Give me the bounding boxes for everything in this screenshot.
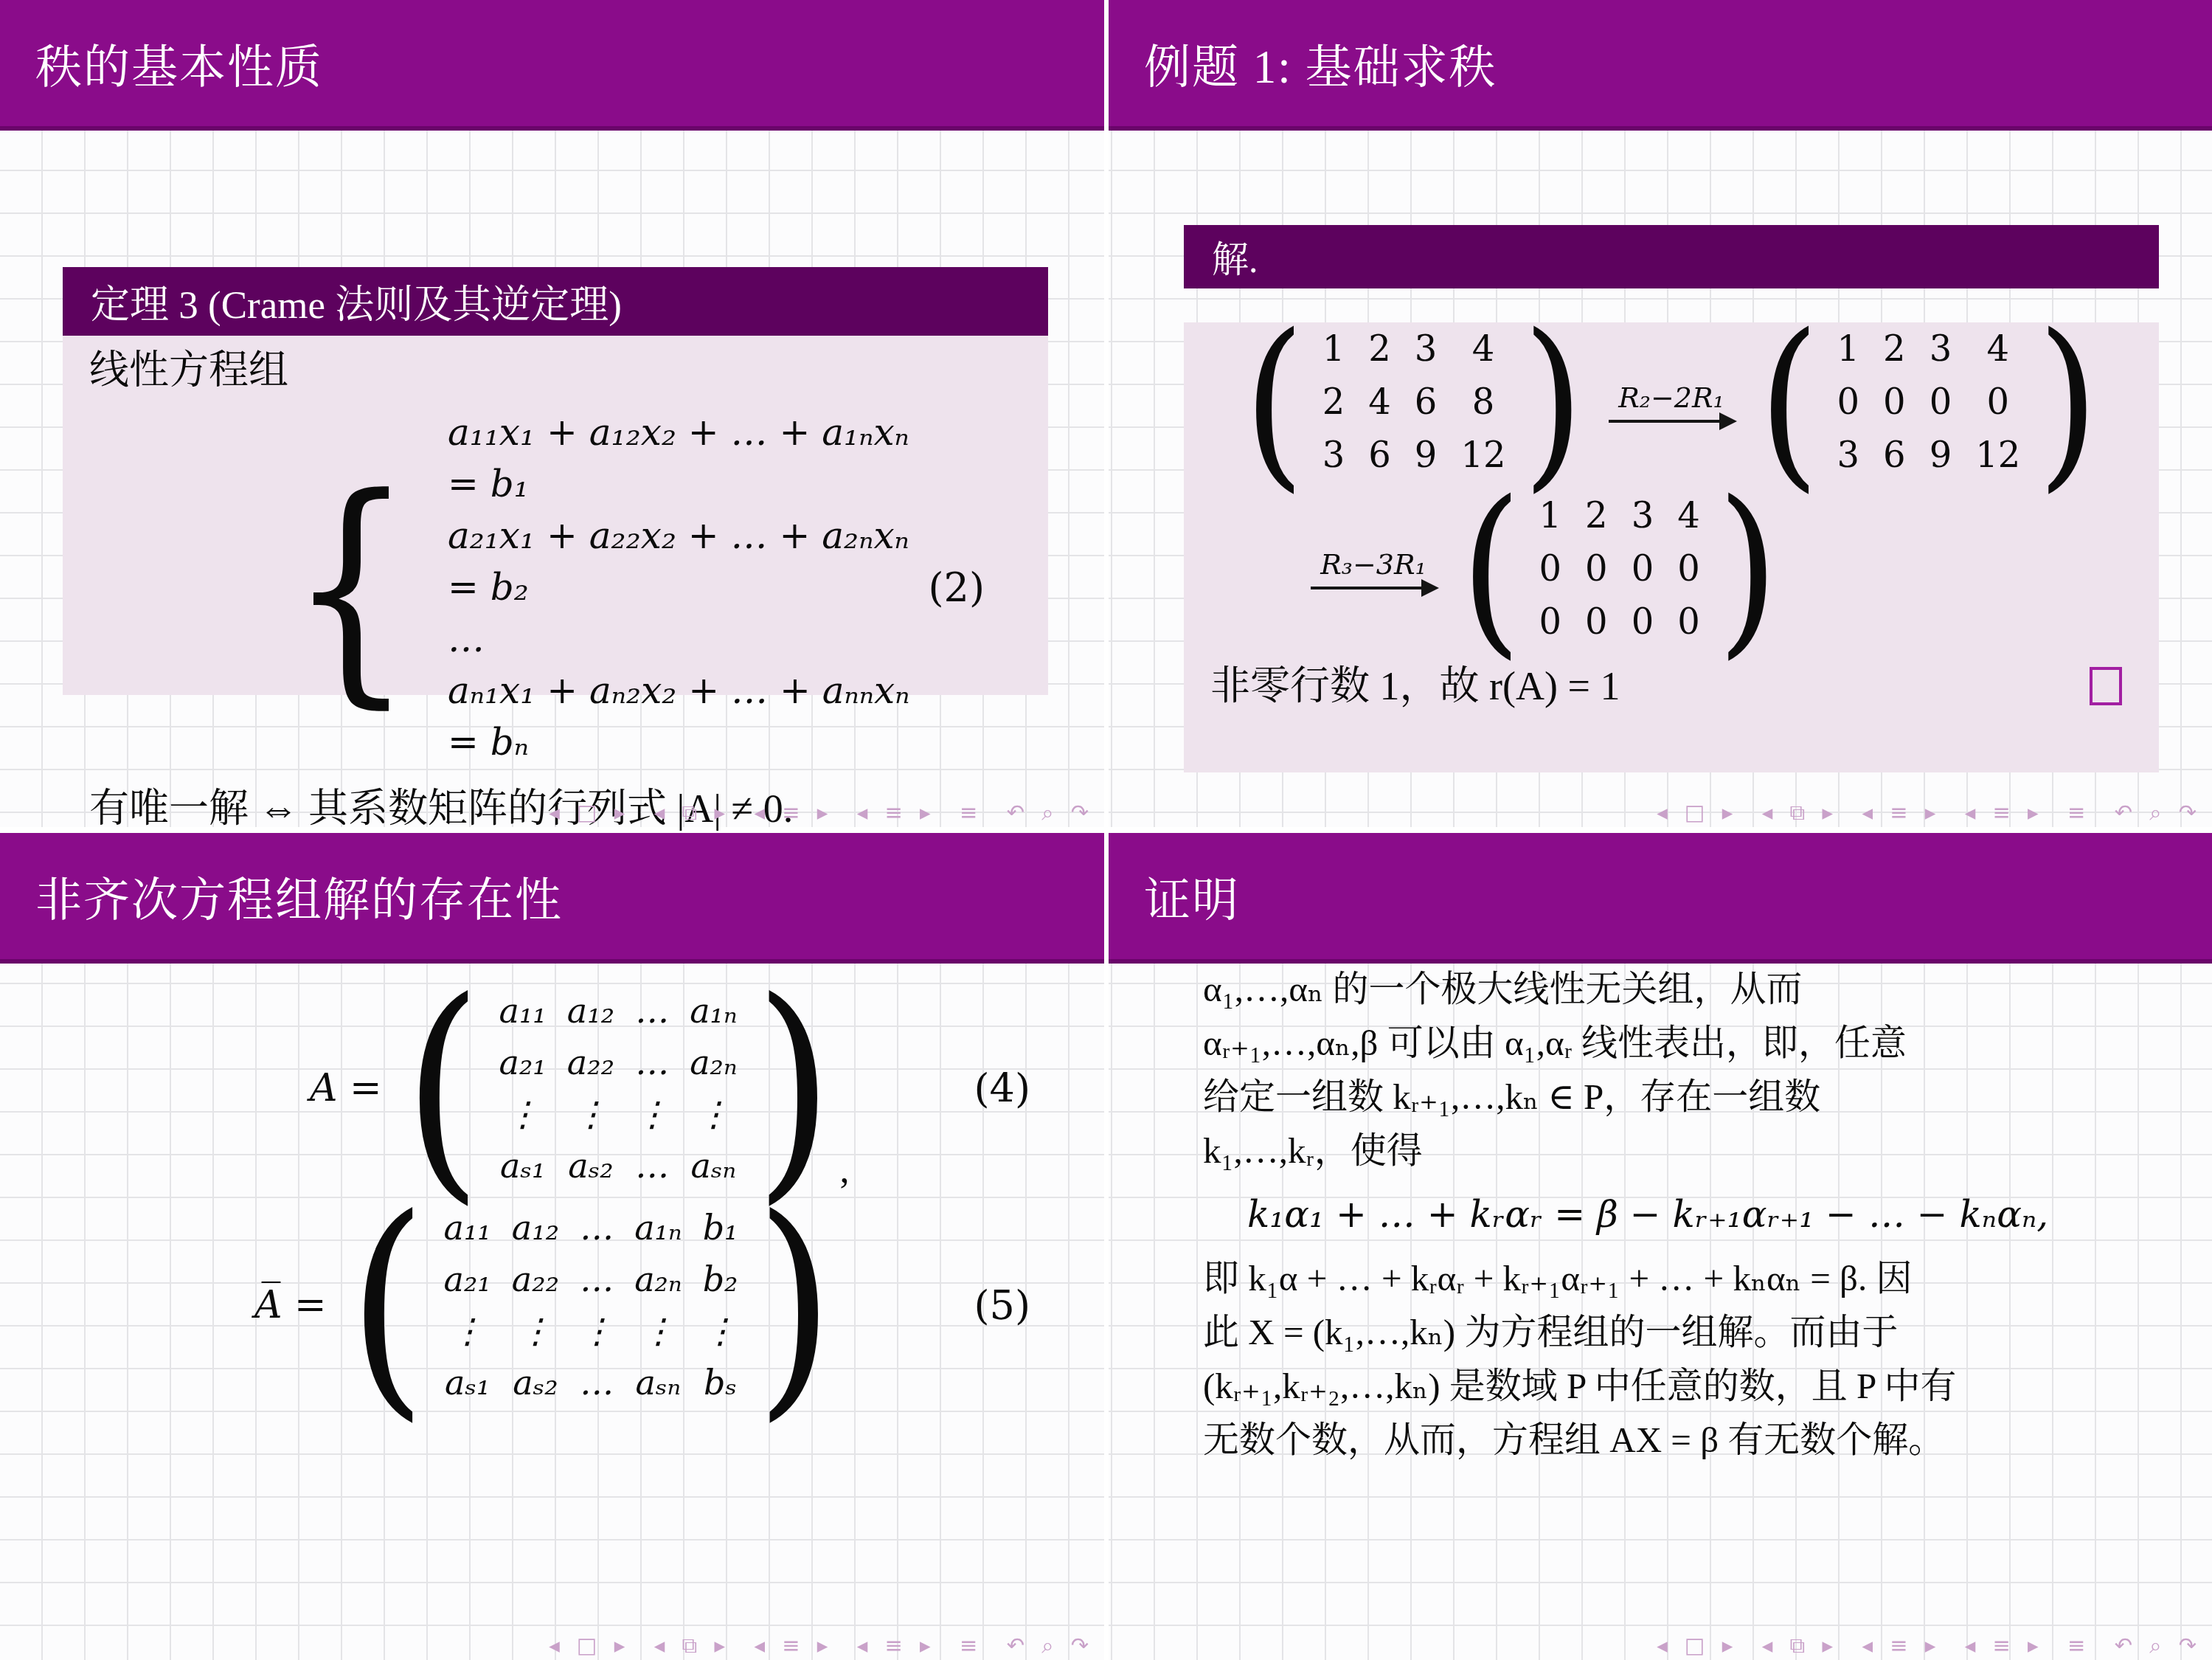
matrix-cell: 2 (1311, 376, 1357, 429)
equation-number: (4) (974, 1065, 1031, 1112)
theorem-block: 定理 3 (Crame 法则及其逆定理) 线性方程组 { a₁₁x₁ + a₁₂… (63, 267, 1048, 695)
matrix-cell: 0 (1826, 376, 1872, 429)
matrix-cell: 0 (1573, 595, 1620, 649)
matrix-cell: ⋮ (679, 1088, 748, 1140)
matrix-cell: a₁₂ (557, 985, 625, 1037)
matrix-cell: … (625, 1037, 679, 1088)
theorem-title: 定理 3 (Crame 法则及其逆定理) (91, 274, 622, 330)
proof-line: αᵣ₊₁,…,αₙ,β 可以由 α₁,αᵣ 线性表出，即，任意 (1203, 1016, 2185, 1070)
matrix-cell: 4 (1963, 322, 2032, 376)
matrix-cell: a₂ₙ (679, 1037, 748, 1088)
row-operation-arrow: R₂−2R₁ (1609, 381, 1734, 423)
matrix-cell: ⋮ (625, 1088, 679, 1140)
matrix-cell: a₂₂ (557, 1037, 625, 1088)
proof-line: 无数个数，从而，方程组 AX = β 有无数个解。 (1203, 1413, 2185, 1467)
right-paren: ) (1717, 489, 1778, 649)
matrix-cell: 3 (1826, 429, 1872, 482)
right-paren: ) (2038, 322, 2099, 482)
matrix-cell: ⋮ (624, 1305, 693, 1357)
matrix-cell: a₂ₙ (624, 1253, 693, 1305)
right-paren: ) (755, 1202, 833, 1408)
matrix-cell: b₂ (693, 1253, 749, 1305)
matrix-cell: 4 (1449, 322, 1517, 376)
matrix-after-step1: 1234000036912 (1826, 322, 2033, 482)
row-reduction-step-2: R₃−3R₁ ( 123400000000 ) (1292, 489, 2132, 649)
matrix-cell: a₂₂ (502, 1253, 569, 1305)
proof-line: 即 k₁α + … + kᵣαᵣ + kᵣ₊₁αᵣ₊₁ + … + kₙαₙ =… (1203, 1251, 2185, 1305)
frame-title-bar: 秩的基本性质 (0, 0, 1104, 131)
frame-title-bar: 证明 (1109, 833, 2212, 964)
solution-conclusion-row: 非零行数 1，故 r(A) = 1 (1210, 660, 2132, 712)
row-operation-arrow: R₃−3R₁ (1311, 548, 1436, 589)
matrix-cell: 4 (1665, 489, 1712, 542)
system-line: … (448, 613, 929, 665)
matrix-cell: aₛₙ (679, 1140, 748, 1192)
theorem-intro-text: 线性方程组 (89, 345, 1022, 396)
matrix-cell: 0 (1573, 542, 1620, 595)
matrix-cell: ⋮ (557, 1088, 625, 1140)
matrix-cell: 0 (1528, 542, 1574, 595)
matrix-cell: ⋮ (693, 1305, 749, 1357)
slide-grid-canvas: { "nav_symbols": "◂ □ ▸ ◂ ⧉ ▸ ◂ ≡ ▸ ◂ ≡ … (0, 0, 2212, 1660)
left-paren: ( (1244, 322, 1306, 482)
linear-system-equation: { a₁₁x₁ + a₁₂x₂ + … + a₁ₙxₙ = b₁ a₂₁x₁ +… (274, 407, 1022, 768)
matrix-cell: … (625, 985, 679, 1037)
matrix-after-step2: 123400000000 (1528, 489, 1712, 649)
matrix-cell: 0 (1665, 542, 1712, 595)
proof-line: k₁,…,kᵣ，使得 (1203, 1124, 2185, 1177)
matrix-cell: 0 (1918, 376, 1964, 429)
proof-line: (kᵣ₊₁,kᵣ₊₂,…,kₙ) 是数域 P 中任意的数，且 P 中有 (1203, 1359, 2185, 1413)
matrix-cell: ⋮ (489, 1088, 557, 1140)
qed-square-icon (2090, 667, 2122, 705)
matrix-cell: 1 (1826, 322, 1872, 376)
frame-title: 秩的基本性质 (35, 30, 323, 97)
matrix-cell: 1 (1311, 322, 1357, 376)
right-paren: ) (755, 985, 833, 1192)
system-line: a₂₁x₁ + a₂₂x₂ + … + a₂ₙxₙ = b₂ (448, 510, 929, 613)
matrix-cell: 3 (1403, 322, 1449, 376)
matrix-cell: … (625, 1140, 679, 1192)
slide-nonhomogeneous-existence: 非齐次方程组解的存在性 系数矩阵 A 和增广矩阵 A̅ 分别为 A = ( a₁… (0, 833, 1104, 1660)
matrix-cell: ⋮ (569, 1305, 624, 1357)
matrix-cell: 0 (1528, 595, 1574, 649)
matrix-cell: 0 (1620, 542, 1666, 595)
matrix-cell: a₂₁ (489, 1037, 557, 1088)
augmented-matrix-equation: A̅ = ( a₁₁a₁₂…a₁ₙb₁a₂₁a₂₂…a₂ₙb₂⋮⋮⋮⋮⋮aₛ₁a… (254, 1202, 1104, 1408)
frame-title: 例题 1: 基础求秩 (1144, 30, 1497, 97)
equation-lhs: A̅ = (254, 1283, 327, 1327)
matrix-cell: aₛ₂ (557, 1140, 625, 1192)
coefficient-matrix: a₁₁a₁₂…a₁ₙa₂₁a₂₂…a₂ₙ⋮⋮⋮⋮aₛ₁aₛ₂…aₛₙ (489, 985, 748, 1192)
system-line: a₁₁x₁ + a₁₂x₂ + … + a₁ₙxₙ = b₁ (448, 407, 929, 510)
beamer-navigation-bar[interactable]: ◂ □ ▸ ◂ ⧉ ▸ ◂ ≡ ▸ ◂ ≡ ▸ ≡ ↶ ⌕ ↷ (1657, 800, 2202, 826)
solution-conclusion-text: 非零行数 1，故 r(A) = 1 (1210, 660, 1620, 712)
solution-title: 解. (1212, 230, 1258, 283)
frame-title: 证明 (1144, 862, 1240, 930)
row-operation-label: R₂−2R₁ (1618, 381, 1724, 414)
row-reduction-step-1: ( 1234246836912 ) R₂−2R₁ ( 1234000036912… (1210, 322, 2132, 482)
matrix-cell: ⋮ (502, 1305, 569, 1357)
right-paren: ) (1523, 322, 1584, 482)
matrix-cell: 0 (1963, 376, 2032, 429)
matrix-cell: ⋮ (434, 1305, 502, 1357)
matrix-cell: 9 (1918, 429, 1964, 482)
matrix-cell: 6 (1356, 429, 1403, 482)
matrix-cell: aₛₙ (624, 1357, 693, 1408)
equation-lhs: A = (310, 1066, 382, 1110)
matrix-cell: … (569, 1253, 624, 1305)
slide-rank-properties: 秩的基本性质 定理 3 (Crame 法则及其逆定理) 线性方程组 { a₁₁x… (0, 0, 1104, 827)
frame-title-bar: 例题 1: 基础求秩 (1109, 0, 2212, 131)
matrix-cell: … (569, 1202, 624, 1253)
left-paren: ( (1758, 322, 1820, 482)
matrix-cell: a₁ₙ (679, 985, 748, 1037)
matrix-cell: 6 (1871, 429, 1918, 482)
matrix-cell: a₂₁ (434, 1253, 502, 1305)
left-paren: ( (348, 1202, 426, 1408)
equation-suffix: , (839, 1148, 849, 1192)
matrix-cell: aₛ₂ (502, 1357, 569, 1408)
matrix-cell: 2 (1871, 322, 1918, 376)
proof-line: 给定一组数 kᵣ₊₁,…,kₙ ∈ P，存在一组数 (1203, 1070, 2185, 1124)
equation-number: (2) (929, 564, 985, 611)
matrix-cell: … (569, 1357, 624, 1408)
matrix-cell: a₁ₙ (624, 1202, 693, 1253)
solution-block-title-bar: 解. (1184, 225, 2159, 288)
matrix-cell: bₛ (693, 1357, 749, 1408)
beamer-navigation-bar[interactable]: ◂ □ ▸ ◂ ⧉ ▸ ◂ ≡ ▸ ◂ ≡ ▸ ≡ ↶ ⌕ ↷ (1657, 1633, 2202, 1659)
matrix-cell: aₛ₁ (434, 1357, 502, 1408)
slide-example-rank: 例题 1: 基础求秩 解. ( 1234246836912 ) R₂−2R₁ (… (1109, 0, 2212, 827)
theorem-block-body: 线性方程组 { a₁₁x₁ + a₁₂x₂ + … + a₁ₙxₙ = b₁ a… (63, 336, 1048, 695)
matrix-start: 1234246836912 (1311, 322, 1518, 482)
slide-proof: 证明 当 r(A) = r(A̅) = r < n 时，不妨设 α₁,…,αᵣ … (1109, 833, 2212, 1660)
row-operation-label: R₃−3R₁ (1320, 548, 1426, 581)
matrix-cell: aₛ₁ (489, 1140, 557, 1192)
matrix-cell: b₁ (693, 1202, 749, 1253)
right-arrow-icon (1311, 587, 1436, 589)
system-line: aₙ₁x₁ + aₙ₂x₂ + … + aₙₙxₙ = bₙ (448, 665, 929, 768)
matrix-cell: a₁₂ (502, 1202, 569, 1253)
matrix-cell: 6 (1403, 376, 1449, 429)
augmented-matrix: a₁₁a₁₂…a₁ₙb₁a₂₁a₂₂…a₂ₙb₂⋮⋮⋮⋮⋮aₛ₁aₛ₂…aₛₙb… (434, 1202, 749, 1408)
beamer-navigation-bar[interactable]: ◂ □ ▸ ◂ ⧉ ▸ ◂ ≡ ▸ ◂ ≡ ▸ ≡ ↶ ⌕ ↷ (549, 800, 1094, 826)
right-arrow-icon (1609, 420, 1734, 423)
matrix-cell: 9 (1403, 429, 1449, 482)
proof-line: 此 X = (k₁,…,kₙ) 为方程组的一组解。而由于 (1203, 1305, 2185, 1359)
matrix-cell: 2 (1356, 322, 1403, 376)
matrix-cell: 12 (1963, 429, 2032, 482)
coefficient-matrix-equation: A = ( a₁₁a₁₂…a₁ₙa₂₁a₂₂…a₂ₙ⋮⋮⋮⋮aₛ₁aₛ₂…aₛₙ… (310, 985, 1104, 1192)
left-paren: ( (403, 985, 482, 1192)
matrix-cell: 0 (1665, 595, 1712, 649)
proof-text-block: 当 r(A) = r(A̅) = r < n 时，不妨设 α₁,…,αᵣ 为 α… (1203, 908, 2185, 1467)
frame-title-bar: 非齐次方程组解的存在性 (0, 833, 1104, 964)
matrix-cell: 3 (1918, 322, 1964, 376)
matrix-cell: 8 (1449, 376, 1517, 429)
matrix-cell: 3 (1311, 429, 1357, 482)
beamer-navigation-bar[interactable]: ◂ □ ▸ ◂ ⧉ ▸ ◂ ≡ ▸ ◂ ≡ ▸ ≡ ↶ ⌕ ↷ (549, 1633, 1094, 1659)
matrix-cell: 0 (1620, 595, 1666, 649)
equation-number: (5) (974, 1282, 1031, 1329)
matrix-cell: 4 (1356, 376, 1403, 429)
matrix-cell: 0 (1871, 376, 1918, 429)
matrix-cell: 3 (1620, 489, 1666, 542)
theorem-block-title-bar: 定理 3 (Crame 法则及其逆定理) (63, 267, 1048, 336)
system-lines: a₁₁x₁ + a₁₂x₂ + … + a₁ₙxₙ = b₁ a₂₁x₁ + a… (448, 407, 929, 768)
left-paren: ( (1460, 489, 1522, 649)
matrix-cell: a₁₁ (489, 985, 557, 1037)
solution-block: 解. ( 1234246836912 ) R₂−2R₁ ( 1234000036… (1184, 225, 2159, 772)
solution-block-body: ( 1234246836912 ) R₂−2R₁ ( 1234000036912… (1184, 322, 2159, 772)
proof-line: α₁,…,αₙ 的一个极大线性无关组，从而 (1203, 962, 2185, 1016)
left-brace: { (289, 484, 413, 691)
proof-display-equation: k₁α₁ + … + kᵣαᵣ = β − kᵣ₊₁αᵣ₊₁ − … − kₙα… (1247, 1186, 2185, 1242)
frame-title: 非齐次方程组解的存在性 (35, 862, 563, 930)
